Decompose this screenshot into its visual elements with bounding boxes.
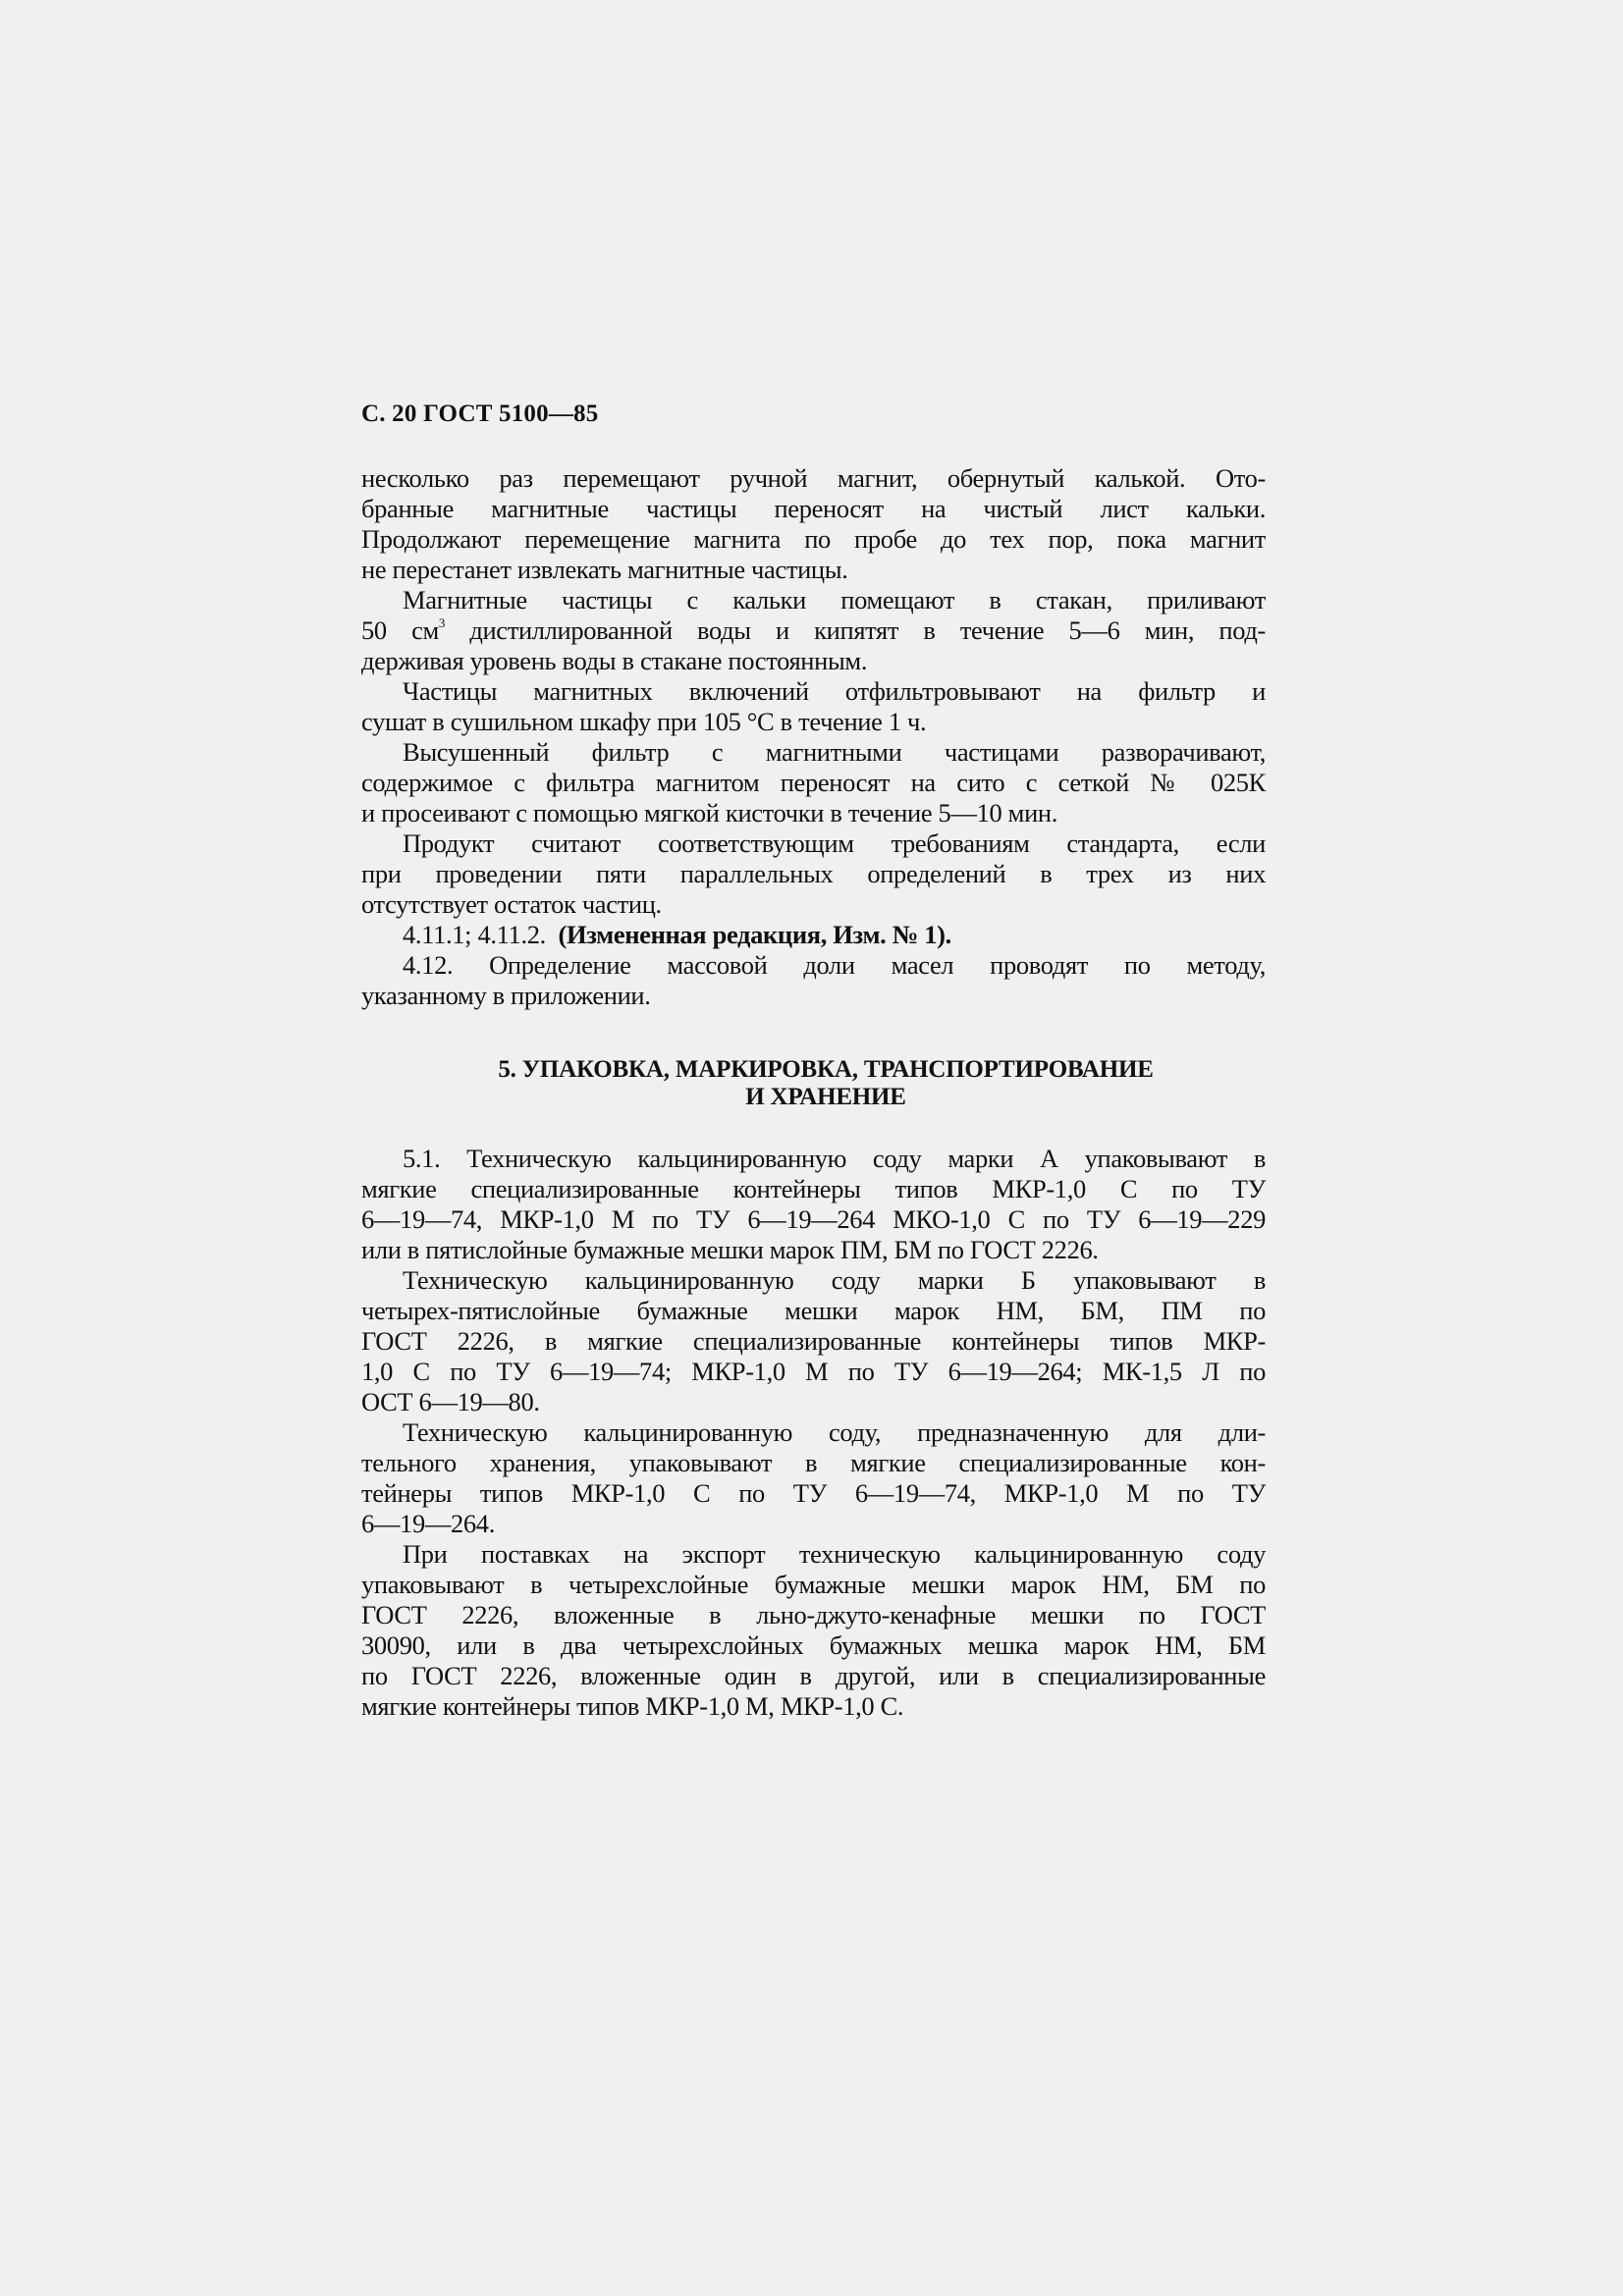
text-line: Продолжают перемещение магнита по пробе … <box>361 524 1266 555</box>
document-page: С. 20 ГОСТ 5100—85 несколько раз перемещ… <box>0 0 1623 2296</box>
text-line: тельного хранения, упаковывают в мягкие … <box>361 1448 1266 1478</box>
text-fragment: дистиллированной воды и кипятят в течени… <box>445 615 1266 645</box>
text-fragment: 50 см <box>361 615 439 645</box>
text-line: отсутствует остаток частиц. <box>361 889 1266 920</box>
text-line: при проведении пяти параллельных определ… <box>361 859 1266 889</box>
text-line: 6—19—264. <box>361 1509 1266 1539</box>
text-line: Частицы магнитных включений отфильтровыв… <box>403 676 1266 707</box>
text-line: держивая уровень воды в стакане постоянн… <box>361 646 1266 676</box>
text-line: несколько раз перемещают ручной магнит, … <box>361 463 1266 494</box>
text-line: мягкие контейнеры типов МКР-1,0 М, МКР-1… <box>361 1691 1266 1722</box>
text-line: содержимое с фильтра магнитом переносят … <box>361 768 1266 798</box>
text-line: указанному в приложении. <box>361 981 1266 1011</box>
text-line: При поставках на экспорт техническую кал… <box>403 1539 1266 1570</box>
text-line: Магнитные частицы с кальки помещают в ст… <box>403 585 1266 615</box>
clause-reference: 4.11.1; 4.11.2. <box>403 920 546 949</box>
text-line: Техническую кальцинированную соду, предн… <box>403 1417 1266 1448</box>
heading-line: 5. УПАКОВКА, МАРКИРОВКА, ТРАНСПОРТИРОВАН… <box>361 1056 1290 1084</box>
text-line: 30090, или в два четырехслойных бумажных… <box>361 1630 1266 1661</box>
section-heading: 5. УПАКОВКА, МАРКИРОВКА, ТРАНСПОРТИРОВАН… <box>361 1056 1290 1111</box>
text-line: ГОСТ 2226, в мягкие специализированные к… <box>361 1326 1266 1357</box>
heading-line: И ХРАНЕНИЕ <box>361 1084 1290 1111</box>
amendment-note: 4.11.1; 4.11.2. (Измененная редакция, Из… <box>403 920 1266 950</box>
text-line: ОСТ 6—19—80. <box>361 1387 1266 1417</box>
text-line: Высушенный фильтр с магнитными частицами… <box>403 737 1266 768</box>
amendment-label: (Измененная редакция, Изм. № 1). <box>558 920 950 949</box>
text-line: ГОСТ 2226, вложенные в льно-джуто-кенафн… <box>361 1600 1266 1630</box>
text-line: мягкие специализированные контейнеры тип… <box>361 1174 1266 1204</box>
running-head: С. 20 ГОСТ 5100—85 <box>361 400 598 428</box>
text-line: Продукт считают соответствующим требован… <box>403 828 1266 859</box>
text-line: не перестанет извлекать магнитные частиц… <box>361 555 1266 585</box>
text-line: 4.12. Определение массовой доли масел пр… <box>403 950 1266 981</box>
text-line: 50 см3 дистиллированной воды и кипятят в… <box>361 615 1266 646</box>
text-line: 1,0 С по ТУ 6—19—74; МКР-1,0 М по ТУ 6—1… <box>361 1357 1266 1387</box>
text-line: по ГОСТ 2226, вложенные один в другой, и… <box>361 1661 1266 1691</box>
text-line: упаковывают в четырехслойные бумажные ме… <box>361 1570 1266 1600</box>
text-line: или в пятислойные бумажные мешки марок П… <box>361 1235 1266 1265</box>
text-line: Техническую кальцинированную соду марки … <box>403 1265 1266 1296</box>
text-line: тейнеры типов МКР-1,0 С по ТУ 6—19—74, М… <box>361 1478 1266 1509</box>
text-line: сушат в сушильном шкафу при 105 °С в теч… <box>361 707 1266 737</box>
text-line: 5.1. Техническую кальцинированную соду м… <box>403 1144 1266 1174</box>
text-line: 6—19—74, МКР-1,0 М по ТУ 6—19—264 МКО-1,… <box>361 1204 1266 1235</box>
text-line: бранные магнитные частицы переносят на ч… <box>361 494 1266 524</box>
text-line: четырех-пятислойные бумажные мешки марок… <box>361 1296 1266 1326</box>
text-line: и просеивают с помощью мягкой кисточки в… <box>361 798 1266 828</box>
